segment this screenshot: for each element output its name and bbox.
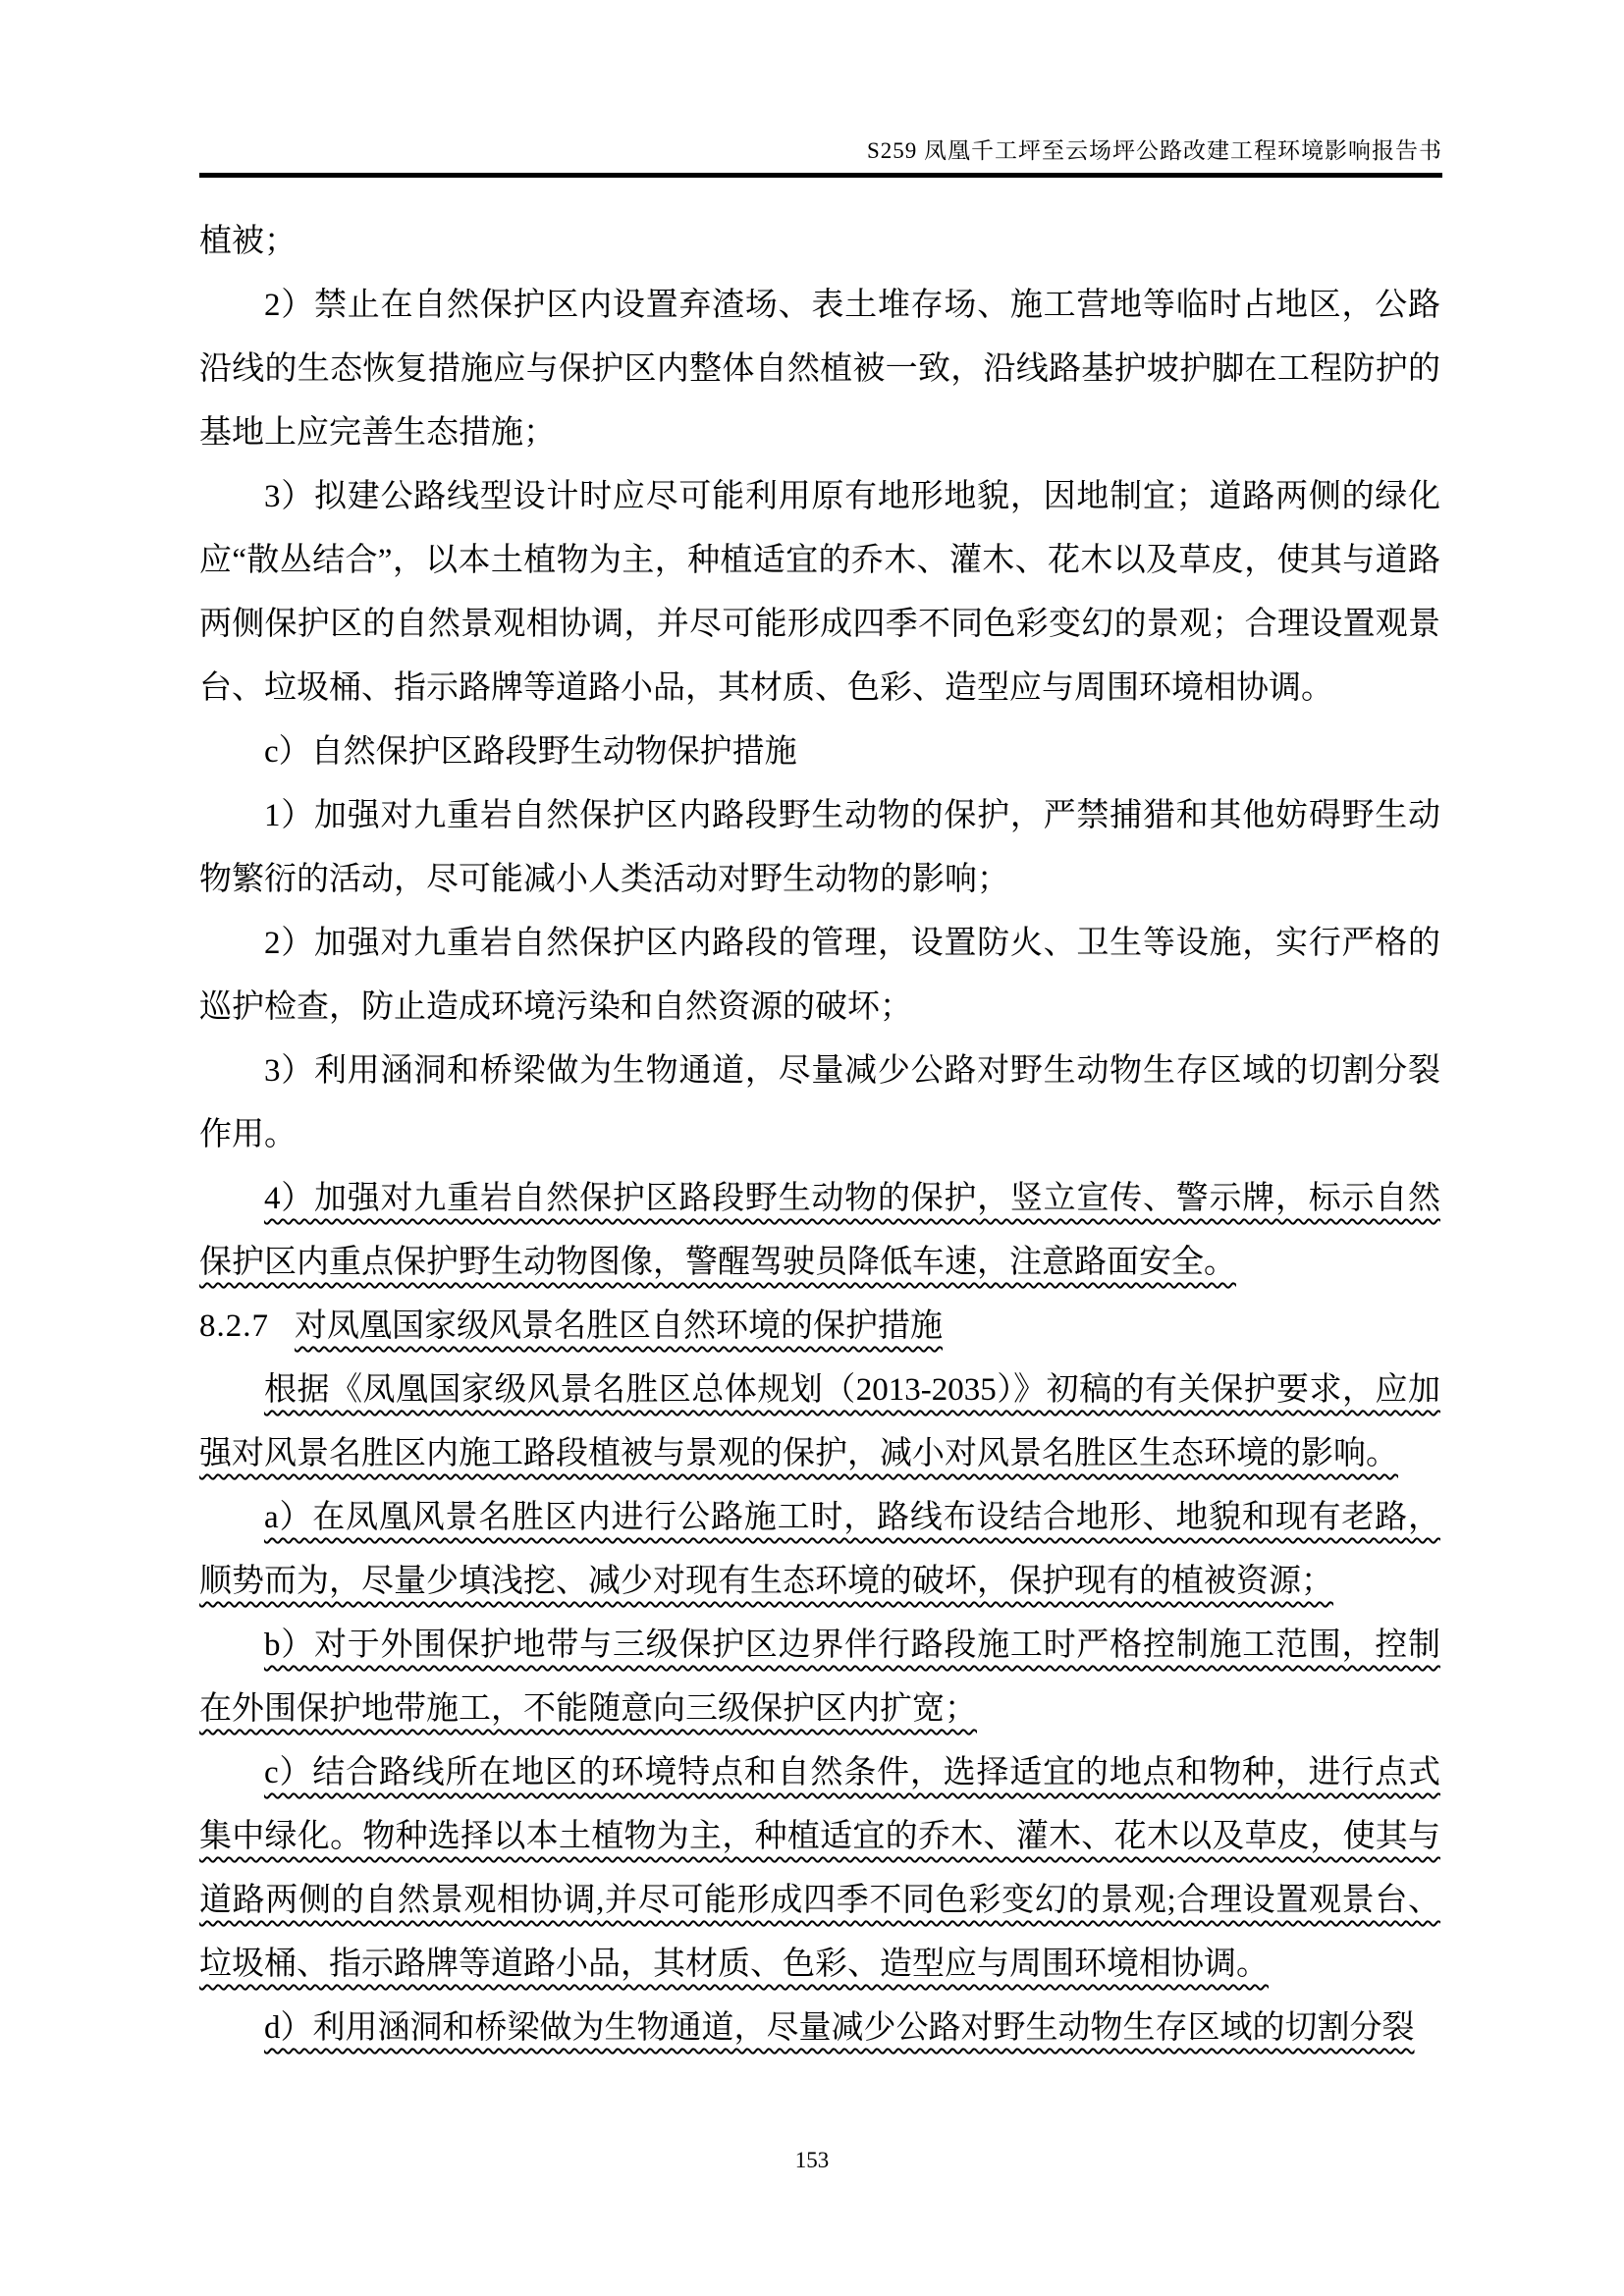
paragraph-wavy-underlined: 根据《凤凰国家级风景名胜区总体规划（2013-2035）》初稿的有关保护要求，应…: [199, 1359, 1440, 1486]
paragraph: c）自然保护区路段野生动物保护措施: [199, 721, 1440, 784]
paragraph: 3）利用涵洞和桥梁做为生物通道，尽量减少公路对野生动物生存区域的切割分裂作用。: [199, 1040, 1440, 1167]
header-rule: [199, 173, 1442, 178]
page-footer: 153: [0, 2148, 1624, 2173]
paragraph-wavy-underlined: b）对于外围保护地带与三级保护区边界伴行路段施工时严格控制施工范围，控制在外围保…: [199, 1614, 1440, 1741]
paragraph: 1）加强对九重岩自然保护区内路段野生动物的保护，严禁捕猎和其他妨碍野生动物繁衍的…: [199, 784, 1440, 912]
paragraph-wavy-underlined: d）利用涵洞和桥梁做为生物通道，尽量减少公路对野生动物生存区域的切割分裂: [199, 1997, 1440, 2060]
paragraph-continuation: 植被；: [199, 210, 1440, 274]
section-heading-title: 对凤凰国家级风景名胜区自然环境的保护措施: [295, 1308, 943, 1344]
paragraph: 3）拟建公路线型设计时应尽可能利用原有地形地貌，因地制宜；道路两侧的绿化应“散丛…: [199, 465, 1440, 721]
page-number: 153: [795, 2148, 830, 2172]
paragraph: 2）加强对九重岩自然保护区内路段的管理，设置防火、卫生等设施，实行严格的巡护检查…: [199, 912, 1440, 1040]
section-heading: 8.2.7对凤凰国家级风景名胜区自然环境的保护措施: [199, 1295, 1440, 1359]
document-body: 植被； 2）禁止在自然保护区内设置弃渣场、表土堆存场、施工营地等临时占地区，公路…: [199, 210, 1440, 2060]
document-page: S259 凤凰千工坪至云场坪公路改建工程环境影响报告书 植被； 2）禁止在自然保…: [0, 0, 1624, 2296]
header-title: S259 凤凰千工坪至云场坪公路改建工程环境影响报告书: [199, 137, 1442, 165]
paragraph: 2）禁止在自然保护区内设置弃渣场、表土堆存场、施工营地等临时占地区，公路沿线的生…: [199, 274, 1440, 465]
paragraph-wavy-underlined: a）在凤凰风景名胜区内进行公路施工时，路线布设结合地形、地貌和现有老路，顺势而为…: [199, 1486, 1440, 1614]
page-header: S259 凤凰千工坪至云场坪公路改建工程环境影响报告书: [199, 137, 1442, 178]
paragraph-wavy-underlined: c）结合路线所在地区的环境特点和自然条件，选择适宜的地点和物种，进行点式集中绿化…: [199, 1741, 1440, 1997]
paragraph-wavy-underlined: 4）加强对九重岩自然保护区路段野生动物的保护，竖立宣传、警示牌，标示自然保护区内…: [199, 1167, 1440, 1295]
section-heading-number: 8.2.7: [199, 1295, 269, 1359]
